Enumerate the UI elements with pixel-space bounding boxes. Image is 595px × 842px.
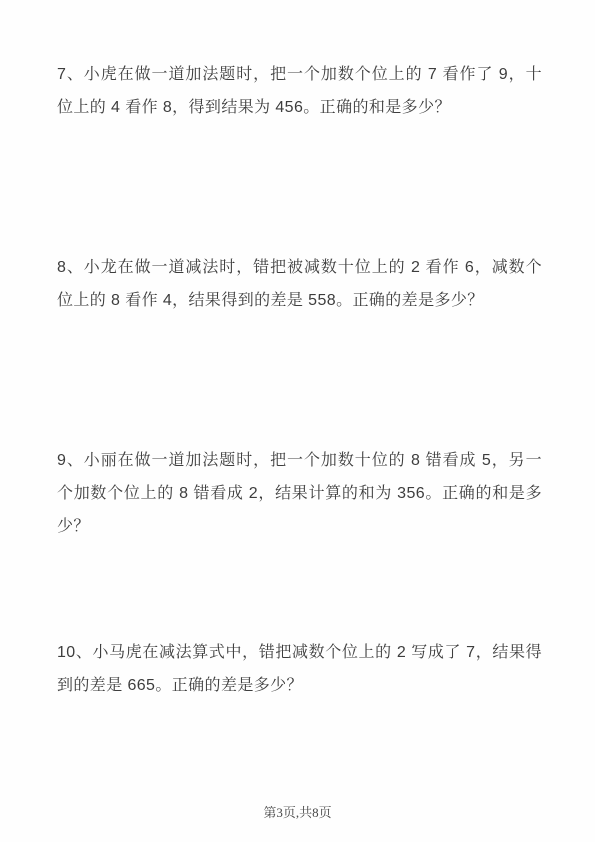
page-number-indicator: 第3页,共8页	[0, 804, 595, 822]
problem-9-text: 9、小丽在做一道加法题时，把一个加数十位的 8 错看成 5，另一个加数个位上的 …	[57, 444, 542, 543]
problem-8-text: 8、小龙在做一道减法时，错把被减数十位上的 2 看作 6，减数个位上的 8 看作…	[57, 251, 542, 317]
worksheet-page: 7、小虎在做一道加法题时，把一个加数个位上的 7 看作了 9，十位上的 4 看作…	[0, 0, 595, 842]
problem-10-text: 10、小马虎在减法算式中，错把减数个位上的 2 写成了 7，结果得到的差是 66…	[57, 636, 542, 702]
problem-7-text: 7、小虎在做一道加法题时，把一个加数个位上的 7 看作了 9，十位上的 4 看作…	[57, 58, 542, 124]
